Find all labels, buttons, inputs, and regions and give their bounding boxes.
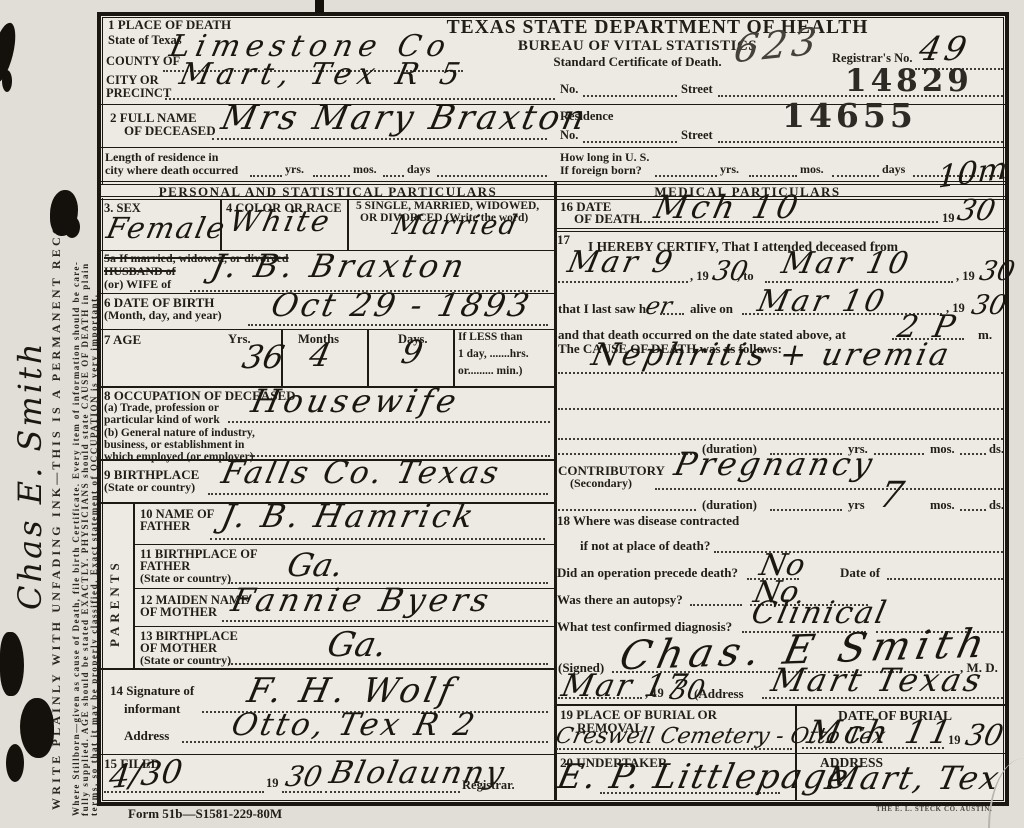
wife-of-label: (or) WIFE of — [104, 278, 171, 290]
rule — [101, 199, 1005, 200]
days-label: days — [407, 163, 430, 175]
disease-contracted-label-2: if not at place of death? — [580, 539, 710, 552]
duration-mos-label: mos. — [930, 443, 955, 456]
ink-blot — [2, 70, 12, 92]
us-mos-label: mos. — [800, 163, 824, 175]
dotted-rule — [383, 175, 404, 177]
margin-signature: Chas E. Smith — [14, 330, 46, 610]
how-long-us-label-1: How long in U. S. — [560, 151, 649, 163]
undertaker-signature: E. P. Littlepage — [554, 760, 853, 794]
dotted-rule — [558, 438, 1003, 440]
penciled-number: 623 — [732, 22, 822, 69]
dotted-rule — [558, 453, 696, 455]
filed-year-printed: 19 — [266, 777, 279, 790]
no-label: No. — [560, 83, 578, 96]
dotted-rule — [640, 221, 938, 223]
dotted-rule — [960, 509, 986, 511]
dotted-rule — [558, 281, 688, 283]
dotted-rule — [770, 509, 842, 511]
birthplace-value: Falls Co. Texas — [219, 458, 504, 489]
registrar-no-value: 49 — [916, 32, 973, 65]
rule — [133, 544, 555, 545]
yrs-label: yrs. — [285, 163, 304, 175]
dotted-rule — [887, 578, 1003, 580]
mother-bp-label-3: (State or country) — [140, 654, 231, 666]
dotted-rule — [250, 175, 282, 177]
column-divider — [554, 181, 557, 801]
full-name-value: Mrs Mary Braxton — [218, 101, 591, 135]
attended-to-value: Mar 10 — [779, 249, 914, 279]
occupation-a-label-2: particular kind of work — [104, 415, 220, 427]
duration2-yrs-label: yrs — [848, 499, 865, 512]
ink-blot — [6, 744, 24, 782]
occupation-a-label-1: (a) Trade, profession or — [104, 403, 219, 415]
dotted-rule — [248, 324, 548, 326]
city-label: CITY OR — [106, 74, 159, 87]
dotted-rule — [762, 697, 1003, 699]
dotted-rule — [718, 141, 1003, 143]
form-number: Form 51b—S1581-229-80M — [128, 807, 282, 820]
street-label: Street — [681, 83, 713, 96]
length-residence-label-2: city where death occurred — [105, 164, 238, 176]
parents-side-label: PARENTS — [108, 535, 121, 647]
dotted-rule — [558, 372, 1003, 374]
us-yrs-label: yrs. — [720, 163, 739, 175]
rule — [101, 329, 555, 330]
dotted-rule — [765, 281, 953, 283]
mother-name-label-2: OF MOTHER — [140, 606, 217, 619]
precinct-label: PRECINCT — [106, 87, 171, 100]
dotted-rule — [660, 313, 684, 315]
to-label: , to — [737, 270, 754, 283]
rule — [101, 196, 1005, 197]
spouse-struck-label-2: HUSBAND of — [104, 265, 176, 277]
of-deceased-label: OF DECEASED — [124, 124, 216, 137]
rule — [555, 753, 1005, 754]
last-saw-label-1: that I last saw h — [558, 302, 646, 315]
saw-year-hw: 30 — [969, 292, 1009, 319]
occupation-b-label-2: business, or establishment in — [104, 440, 244, 452]
operation-question: Did an operation precede death? — [557, 566, 738, 579]
dotted-rule — [222, 620, 548, 622]
date-of-death-value: Mch 10 — [652, 191, 805, 223]
rule — [101, 181, 1005, 182]
rule — [101, 668, 555, 670]
marital-value: Married — [390, 212, 521, 239]
date-of-death-label-2: OF DEATH — [574, 212, 640, 225]
rule — [555, 228, 1005, 229]
dob-label-2: (Month, day, and year) — [104, 309, 222, 321]
signed-year-printed: , 19 — [645, 687, 664, 700]
residence-no-label: No. — [560, 129, 578, 142]
contributory-value: Pregnancy — [672, 448, 878, 480]
registrar-title-label: Registrar. — [462, 779, 515, 792]
dotted-rule — [556, 748, 792, 750]
attended-from-value: Mar 9 — [565, 248, 678, 278]
signed-address-value: Mart Texas — [769, 664, 987, 696]
dotted-rule — [874, 453, 924, 455]
signed-address-label: (Address — [694, 687, 744, 700]
certify-number: 17 — [557, 233, 570, 246]
undertaker-address-value: Mart, Tex — [823, 762, 1004, 794]
us-days-label: days — [882, 163, 905, 175]
scan-tick-mark — [315, 0, 324, 13]
father-name-value: J. B. Hamrick — [219, 500, 480, 532]
rule — [101, 147, 1005, 148]
father-bp-label-3: (State or country) — [140, 572, 231, 584]
dotted-rule — [655, 488, 1003, 490]
autopsy-question: Was there an autopsy? — [557, 593, 683, 606]
age-less-label-3: or......... min.) — [458, 366, 522, 378]
duration2-ds-label: ds. — [989, 499, 1004, 512]
rule — [555, 231, 1005, 232]
age-less-label-1: If LESS than — [458, 332, 523, 344]
dotted-rule — [313, 175, 350, 177]
cell-divider — [367, 330, 369, 386]
m-label: m. — [978, 328, 992, 341]
margin-note-line3: terms, so that it may be properly classi… — [90, 92, 99, 816]
filed-date-value: 4/30 — [107, 755, 184, 793]
dotted-rule — [832, 175, 879, 177]
dotted-rule — [282, 791, 322, 793]
informant-value: F. H. Wolf — [244, 674, 459, 708]
dotted-rule — [212, 138, 547, 140]
mother-bp-value: Ga. — [324, 628, 389, 662]
father-name-label-2: FATHER — [140, 520, 190, 533]
dotted-rule — [182, 741, 548, 743]
bureau-title: BUREAU OF VITAL STATISTICS — [365, 39, 910, 54]
printer-mark: THE E. L. STECK CO. AUSTIN. — [876, 806, 992, 813]
occupation-value: Housewife — [249, 385, 463, 417]
length-residence-label-1: Length of residence in — [105, 151, 218, 163]
dotted-rule — [210, 538, 545, 540]
mos-label: mos. — [353, 163, 377, 175]
dotted-rule — [228, 421, 550, 423]
dotted-rule — [558, 509, 696, 511]
dotted-rule — [437, 175, 547, 177]
dod-year-hw: 30 — [955, 196, 998, 225]
to-year-printed: , 19 — [956, 270, 975, 283]
file-number-stamp-2: 14655 — [782, 99, 917, 132]
dotted-rule — [655, 175, 717, 177]
informant-label-1: 14 Signature of — [110, 684, 194, 697]
race-value: White — [227, 207, 335, 236]
dotted-rule — [558, 697, 642, 699]
informant-address-value: Otto, Tex R 2 — [229, 710, 480, 741]
informant-address-label: Address — [124, 729, 169, 742]
sex-value: Female — [104, 214, 229, 243]
dotted-rule — [325, 791, 460, 793]
contributory-label-2: (Secondary) — [570, 477, 632, 489]
dotted-rule — [558, 408, 1003, 410]
dotted-rule — [690, 604, 742, 606]
last-saw-label-2: alive on — [690, 302, 733, 315]
dotted-rule — [583, 141, 677, 143]
ink-blot — [64, 216, 80, 238]
spouse-value: J. B. Braxton — [209, 250, 471, 282]
dotted-rule — [714, 551, 1003, 553]
dotted-rule — [208, 493, 548, 495]
dotted-rule — [583, 95, 677, 97]
informant-label-2: informant — [124, 702, 180, 715]
department-title: TEXAS STATE DEPARTMENT OF HEALTH — [365, 18, 950, 38]
from-year-printed: , 19 — [690, 270, 709, 283]
cell-divider — [347, 199, 349, 250]
operation-date-label: Date of — [840, 566, 880, 579]
burial-date-value: Mch 11 — [805, 716, 958, 748]
age-yrs-value: 36 — [240, 341, 288, 373]
father-bp-value: Ga. — [285, 549, 347, 581]
to-year-hw: 30 — [977, 258, 1017, 285]
duration2-mos-label: mos. — [930, 499, 955, 512]
duration2-label: (duration) — [702, 499, 757, 512]
rule — [555, 704, 1005, 706]
filed-year-hw: 30 — [283, 763, 325, 791]
parents-label-divider — [133, 502, 135, 668]
burial-year-hw: 30 — [963, 721, 1006, 750]
cause-of-death-value: Nephritis + uremia — [589, 340, 954, 371]
dob-value: Oct 29 - 1893 — [269, 289, 535, 321]
ink-blot — [20, 698, 54, 758]
dotted-rule — [228, 663, 548, 665]
cell-divider — [453, 330, 455, 386]
residence-label: Residence — [560, 110, 613, 123]
burial-year-printed: 19 — [948, 734, 961, 747]
dotted-rule — [960, 453, 986, 455]
age-label: 7 AGE — [104, 333, 141, 346]
dotted-rule — [104, 791, 264, 793]
residence-street-label: Street — [681, 129, 713, 142]
birthplace-label-2: (State or country) — [104, 481, 195, 493]
dotted-rule — [749, 175, 797, 177]
certificate-title: Standard Certificate of Death. — [365, 55, 910, 68]
death-certificate-scan: Chas E. Smith WRITE PLAINLY WITH UNFADIN… — [0, 0, 1024, 828]
mother-name-value: Fannie Byers — [229, 584, 496, 616]
age-less-label-2: 1 day, .......hrs. — [458, 349, 529, 361]
duration-ds-label: ds. — [989, 443, 1004, 456]
dotted-rule — [802, 747, 944, 749]
disease-contracted-label-1: 18 Where was disease contracted — [557, 514, 739, 527]
how-long-us-label-2: If foreign born? — [560, 164, 642, 176]
ink-blot — [0, 632, 24, 696]
dod-year-printed: 19 — [942, 212, 955, 225]
dotted-rule — [600, 792, 780, 794]
occupation-b-label-1: (b) General nature of industry, — [104, 428, 255, 440]
file-number-stamp: 14829 — [845, 66, 973, 97]
